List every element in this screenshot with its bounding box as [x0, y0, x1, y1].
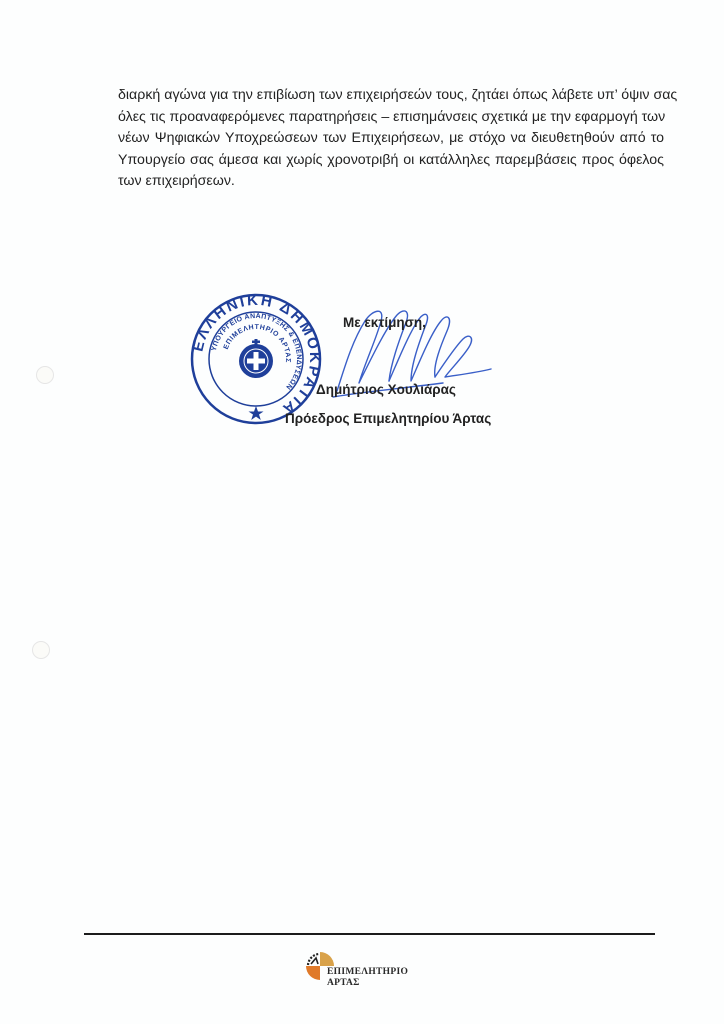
- document-page: διαρκή αγώνα για την επιβίωση των επιχει…: [0, 0, 724, 1024]
- body-line: Υπουργείο σας άμεσα και χωρίς χρονοτριβή…: [118, 150, 664, 172]
- letter-body-paragraph: διαρκή αγώνα για την επιβίωση των επιχει…: [118, 85, 664, 193]
- star-icon: [249, 406, 264, 420]
- footer-logo: ΕΠΙΜΕΛΗΤΗΡΙΟ ΑΡΤΑΣ: [305, 948, 425, 992]
- body-line: όλες τις προαναφερόμενες παρατηρήσεις – …: [118, 107, 664, 129]
- body-line: διαρκή αγώνα για την επιβίωση των επιχει…: [118, 85, 664, 107]
- official-stamp-icon: ΕΛΛΗΝΙΚΗ ΔΗΜΟΚΡΑΤΙΑ ΥΠΟΥΡΓΕΙΟ ΑΝΑΠΤΥΞΗΣ …: [190, 293, 322, 425]
- cross-emblem-icon: [239, 339, 273, 378]
- punch-hole-mark: [32, 641, 50, 659]
- closing-salutation: Με εκτίμηση,: [343, 315, 426, 330]
- signatory-name: Δημήτριος Χουλιάρας: [316, 382, 456, 397]
- footer-divider: [84, 933, 655, 935]
- footer-logo-line2: ΑΡΤΑΣ: [327, 978, 360, 988]
- body-line: των επιχειρήσεων.: [118, 171, 664, 193]
- footer-logo-line1: ΕΠΙΜΕΛΗΤΗΡΙΟ: [327, 967, 408, 977]
- signatory-title: Πρόεδρος Επιμελητηρίου Άρτας: [285, 411, 491, 426]
- body-line: νέων Ψηφιακών Υποχρεώσεων των Επιχειρήσε…: [118, 128, 664, 150]
- punch-hole-mark: [36, 366, 54, 384]
